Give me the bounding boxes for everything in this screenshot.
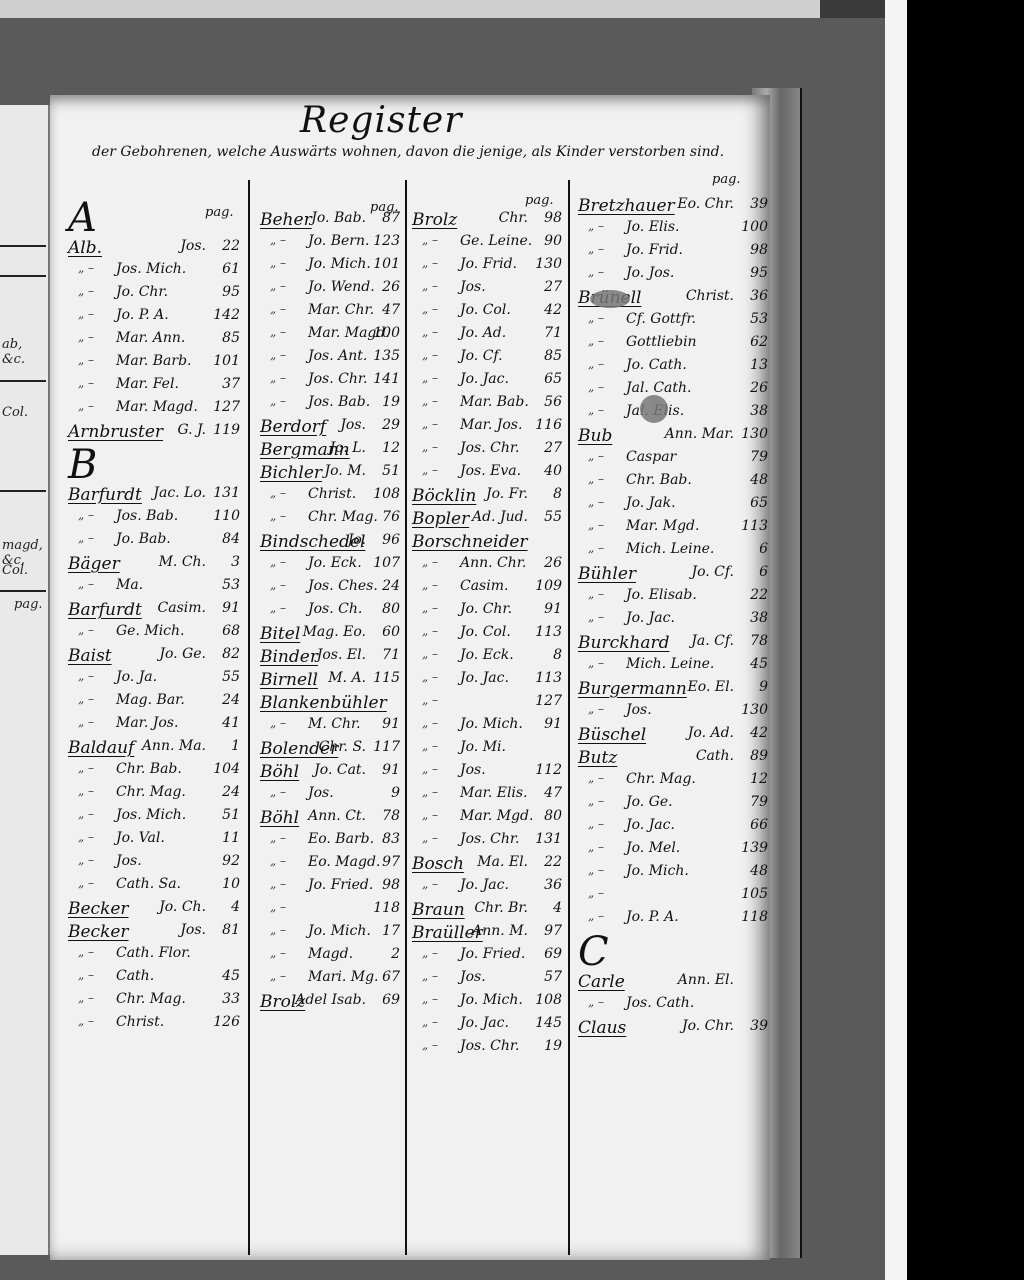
page-number: 83 [382, 831, 400, 847]
register-entry: „ –Mar. Ann.85 [68, 330, 240, 353]
scan-white-strip [885, 0, 907, 1280]
ditto-mark-icon: „ – [422, 992, 438, 1006]
given-name: M. Chr. [308, 716, 361, 732]
register-entry-surname: BinderJos. El.71 [260, 647, 400, 670]
ditto-mark-icon: „ – [270, 601, 286, 615]
register-entry: „ –105 [578, 886, 768, 909]
page-number: 81 [222, 922, 240, 938]
register-entry-surname: BrolzChr.98 [412, 210, 562, 233]
page-number: 24 [222, 784, 240, 800]
page-number: 60 [382, 624, 400, 640]
register-entry-surname: BöhlJo. Cat.91 [260, 762, 400, 785]
page-number: 100 [373, 325, 400, 341]
surname: Büschel [578, 725, 646, 745]
given-name: Jo. P. A. [116, 307, 169, 323]
page-number: 82 [222, 646, 240, 662]
register-entry: „ –Jo. Mich.91 [412, 716, 562, 739]
ditto-mark-icon: „ – [588, 357, 604, 371]
page-number: 84 [222, 531, 240, 547]
register-entry: „ –Jo. P. A.142 [68, 307, 240, 330]
register-entry: „ –Jo. Mich.108 [412, 992, 562, 1015]
given-name: Chr. Mag. [116, 991, 186, 1007]
given-name: Jo. Cat. [314, 762, 366, 778]
given-name: Jo. Mich. [308, 256, 371, 272]
register-column-2: BeherJo. Bab.87„ –Jo. Bern.123„ –Jo. Mic… [260, 210, 400, 1015]
ditto-mark-icon: „ – [78, 669, 94, 683]
register-entry: „ –Cath.45 [68, 968, 240, 991]
given-name: Jos. Chr. [460, 440, 519, 456]
ditto-mark-icon: „ – [422, 348, 438, 362]
ditto-mark-icon: „ – [422, 624, 438, 638]
surname: Arnbruster [68, 422, 163, 442]
ditto-mark-icon: „ – [588, 265, 604, 279]
page-number: 113 [535, 624, 562, 640]
given-name: Jos. [308, 785, 334, 801]
page-number: 55 [544, 509, 562, 525]
page-number: 39 [750, 196, 768, 212]
surname: Birnell [260, 670, 318, 690]
given-name: Jo. Mel. [626, 840, 680, 856]
register-entry-surname: ButzCath.89 [578, 748, 768, 771]
ditto-mark-icon: „ – [588, 518, 604, 532]
register-entry: „ –Jo. Ge.79 [578, 794, 768, 817]
ditto-mark-icon: „ – [422, 762, 438, 776]
ditto-mark-icon: „ – [78, 623, 94, 637]
surname: Claus [578, 1018, 626, 1038]
given-name: Gottliebin [626, 334, 697, 350]
page-number: 48 [750, 863, 768, 879]
register-entry-surname: Blankenbühler [260, 693, 400, 716]
given-name: Jo. Val. [116, 830, 165, 846]
page-number: 38 [750, 403, 768, 419]
ditto-mark-icon: „ – [422, 371, 438, 385]
given-name: Jo. Jac. [626, 610, 675, 626]
given-name: Jo. P. A. [626, 909, 679, 925]
register-entry: „ –Christ.108 [260, 486, 400, 509]
page-number: 98 [544, 210, 562, 226]
given-name: Jo. Cf. [460, 348, 503, 364]
given-name: Jos. Bab. [308, 394, 370, 410]
ditto-mark-icon: „ – [270, 923, 286, 937]
page-number: 101 [373, 256, 400, 272]
page-number: 130 [535, 256, 562, 272]
ditto-mark-icon: „ – [78, 376, 94, 390]
given-name: Jos. Eva. [460, 463, 521, 479]
given-name: Jo. Cath. [626, 357, 687, 373]
page-number: 40 [544, 463, 562, 479]
page-number: 47 [382, 302, 400, 318]
page-number: 91 [222, 600, 240, 616]
given-name: Jo. Eck. [460, 647, 514, 663]
register-entry: „ –Mag. Bar.24 [68, 692, 240, 715]
page-number: 8 [553, 486, 562, 502]
ditto-mark-icon: „ – [78, 284, 94, 298]
given-name: Ja. Cf. [691, 633, 734, 649]
ditto-mark-icon: „ – [270, 371, 286, 385]
page-column-label: pag. [525, 193, 554, 208]
given-name: Chr. S. [319, 739, 366, 755]
register-entry-surname: BraüllerAnn. M.97 [412, 923, 562, 946]
register-entry: „ –Jos.57 [412, 969, 562, 992]
page-number: 71 [544, 325, 562, 341]
given-name: Jos. Ches. [308, 578, 378, 594]
page-number: 24 [382, 578, 400, 594]
register-entry-surname: BerdorfJos.29 [260, 417, 400, 440]
given-name: Jos. [180, 238, 206, 254]
ditto-mark-icon: „ – [270, 348, 286, 362]
page-number: 79 [750, 449, 768, 465]
given-name: Ma. [116, 577, 143, 593]
ditto-mark-icon: „ – [78, 876, 94, 890]
register-entry: „ –Jo. Chr.95 [68, 284, 240, 307]
register-entry: „ –Jo. Jac.145 [412, 1015, 562, 1038]
given-name: Jo. Frid. [626, 242, 683, 258]
ditto-mark-icon: „ – [588, 334, 604, 348]
given-name: Mar. Jos. [116, 715, 178, 731]
given-name: Jo. Ad. [688, 725, 734, 741]
ditto-mark-icon: „ – [422, 946, 438, 960]
register-entry-surname: BoplerAd. Jud.55 [412, 509, 562, 532]
given-name: Jos. [180, 922, 206, 938]
page-number: 116 [535, 417, 562, 433]
page-heading: der Gebohrenen, welche Auswärts wohnen, … [92, 142, 762, 162]
page-number: 9 [759, 679, 768, 695]
ditto-mark-icon: „ – [422, 463, 438, 477]
ditto-mark-icon: „ – [422, 233, 438, 247]
page-number: 108 [373, 486, 400, 502]
given-name: Jo. Jak. [626, 495, 676, 511]
given-name: Chr. Br. [474, 900, 528, 916]
register-entry: „ –Jo. Cath.13 [578, 357, 768, 380]
ditto-mark-icon: „ – [270, 325, 286, 339]
register-entry-surname: BergmannJo. L.12 [260, 440, 400, 463]
register-entry: „ –Jos. Chr.131 [412, 831, 562, 854]
surname: Braun [412, 900, 465, 920]
ditto-mark-icon: „ – [588, 771, 604, 785]
given-name: Jo. Ja. [116, 669, 157, 685]
register-entry-surname: BeckerJo. Ch.4 [68, 899, 240, 922]
page-number: 45 [222, 968, 240, 984]
given-name: Jos. Ch. [308, 601, 362, 617]
page-number: 4 [553, 900, 562, 916]
surname: Bopler [412, 509, 469, 529]
register-entry: „ –Jo. Elis.100 [578, 219, 768, 242]
page-number: 130 [741, 702, 768, 718]
page-number: 6 [759, 541, 768, 557]
given-name: Jos. Mich. [116, 807, 186, 823]
given-name: Jo. Bab. [311, 210, 366, 226]
given-name: Magd. [308, 946, 353, 962]
ink-blot [590, 290, 630, 308]
ditto-mark-icon: „ – [270, 394, 286, 408]
page-number: 22 [750, 587, 768, 603]
given-name: Christ. [308, 486, 356, 502]
register-entry: „ –Cath. Flor. [68, 945, 240, 968]
register-entry: „ –Jo. Jac.36 [412, 877, 562, 900]
ditto-mark-icon: „ – [78, 577, 94, 591]
ditto-mark-icon: „ – [422, 785, 438, 799]
surname: Alb. [68, 238, 102, 258]
ditto-mark-icon: „ – [588, 863, 604, 877]
register-entry-surname: Alb.Jos.22 [68, 238, 240, 261]
page-number: 9 [391, 785, 400, 801]
register-entry-surname: BaistJo. Ge.82 [68, 646, 240, 669]
register-entry: „ –Jo. Ad.71 [412, 325, 562, 348]
divider [0, 380, 46, 382]
page-number: 66 [750, 817, 768, 833]
given-name: Eo. Chr. [677, 196, 734, 212]
page-number: 2 [391, 946, 400, 962]
register-entry-surname: BeherJo. Bab.87 [260, 210, 400, 233]
register-entry: „ –Jo. Cf.85 [412, 348, 562, 371]
given-name: Jos. [460, 279, 486, 295]
register-entry: „ –Jo. Mich.101 [260, 256, 400, 279]
register-entry-surname: BitelMag. Eo.60 [260, 624, 400, 647]
given-name: Mar. Bab. [460, 394, 529, 410]
given-name: Mich. Leine. [626, 656, 714, 672]
surname: Brolz [412, 210, 457, 230]
page-number: 96 [382, 532, 400, 548]
page-number: 95 [750, 265, 768, 281]
page-number: 130 [741, 426, 768, 442]
register-entry: „ –Jo. Jac.66 [578, 817, 768, 840]
surname: Baist [68, 646, 112, 666]
register-entry: „ –Cf. Gottfr.53 [578, 311, 768, 334]
ditto-mark-icon: „ – [588, 794, 604, 808]
register-entry: „ –Mar. Jos.41 [68, 715, 240, 738]
ditto-mark-icon: „ – [270, 233, 286, 247]
page-number: 22 [544, 854, 562, 870]
ditto-mark-icon: „ – [270, 256, 286, 270]
register-entry: „ –Mar. Magd.127 [68, 399, 240, 422]
page-number: 105 [741, 886, 768, 902]
given-name: Mar. Elis. [460, 785, 528, 801]
page-number: 79 [750, 794, 768, 810]
page-number: 113 [535, 670, 562, 686]
register-entry: „ –Jos. Ches.24 [260, 578, 400, 601]
page-number: 26 [382, 279, 400, 295]
given-name: Jac. Lo. [153, 485, 206, 501]
page-number: 47 [544, 785, 562, 801]
page-number: 53 [222, 577, 240, 593]
ditto-mark-icon: „ – [588, 449, 604, 463]
given-name: Jo. Fr. [486, 486, 528, 502]
ditto-mark-icon: „ – [78, 807, 94, 821]
register-entry: „ –Jos. Ant.135 [260, 348, 400, 371]
page-number: 65 [544, 371, 562, 387]
ditto-mark-icon: „ – [78, 945, 94, 959]
page-number: 126 [213, 1014, 240, 1030]
register-entry-surname: ClausJo. Chr.39 [578, 1018, 768, 1041]
given-name: Eo. Barb. [308, 831, 374, 847]
fragment-text: Col. [2, 405, 28, 420]
given-name: Mar. Fel. [116, 376, 179, 392]
register-entry-surname: BarfurdtCasim.91 [68, 600, 240, 623]
ditto-mark-icon: „ – [588, 886, 604, 900]
register-entry: „ –Jo. Jac.113 [412, 670, 562, 693]
ditto-mark-icon: „ – [588, 311, 604, 325]
column-divider [405, 180, 407, 1255]
ditto-mark-icon: „ – [78, 692, 94, 706]
register-entry: „ –Jo. Mi. [412, 739, 562, 762]
register-entry-surname: BirnellM. A.115 [260, 670, 400, 693]
page-number: 91 [382, 716, 400, 732]
page-number: 97 [544, 923, 562, 939]
ditto-mark-icon: „ – [270, 716, 286, 730]
scan-top-border [0, 0, 820, 18]
page-number: 107 [373, 555, 400, 571]
page-number: 80 [544, 808, 562, 824]
register-entry: „ –Ann. Chr.26 [412, 555, 562, 578]
ditto-mark-icon: „ – [588, 909, 604, 923]
page-number: 39 [750, 1018, 768, 1034]
ditto-mark-icon: „ – [588, 242, 604, 256]
register-entry: „ –Jo. Frid.98 [578, 242, 768, 265]
page-number: 108 [535, 992, 562, 1008]
ditto-mark-icon: „ – [78, 261, 94, 275]
section-letter: A [68, 198, 240, 238]
ditto-mark-icon: „ – [422, 417, 438, 431]
page-number: 131 [213, 485, 240, 501]
register-entry-surname: BöhlAnn. Ct.78 [260, 808, 400, 831]
given-name: Chr. Mag. [308, 509, 378, 525]
page-number: 90 [544, 233, 562, 249]
page-number: 48 [750, 472, 768, 488]
register-entry: „ –Jal. Elis.38 [578, 403, 768, 426]
surname: Böhl [260, 808, 299, 828]
given-name: Cath. [696, 748, 734, 764]
given-name: Cath. Flor. [116, 945, 191, 961]
page-number: 1 [231, 738, 240, 754]
register-entry: „ –118 [260, 900, 400, 923]
register-entry: „ –Jo. Fried.98 [260, 877, 400, 900]
ditto-mark-icon: „ – [422, 1038, 438, 1052]
page-number: 69 [382, 992, 400, 1008]
ditto-mark-icon: „ – [422, 302, 438, 316]
ditto-mark-icon: „ – [588, 587, 604, 601]
section-letter: B [68, 445, 240, 485]
page-number: 131 [535, 831, 562, 847]
given-name: Jo. Elis. [626, 219, 680, 235]
given-name: Mag. Bar. [116, 692, 185, 708]
ditto-mark-icon: „ – [270, 578, 286, 592]
register-entry: „ –Jo. Bab.84 [68, 531, 240, 554]
page-number: 87 [382, 210, 400, 226]
given-name: Jo. Jac. [460, 670, 509, 686]
given-name: Jo. L. [330, 440, 366, 456]
ditto-mark-icon: „ – [78, 508, 94, 522]
register-entry: „ –Jo. Jac.38 [578, 610, 768, 633]
ditto-mark-icon: „ – [588, 610, 604, 624]
section-letter: C [578, 932, 768, 972]
register-entry-surname: BaldaufAnn. Ma.1 [68, 738, 240, 761]
register-entry: „ –Jo. Eck.107 [260, 555, 400, 578]
ditto-mark-icon: „ – [588, 995, 604, 1009]
page-number: 119 [213, 422, 240, 438]
given-name: Jo. Mich. [308, 923, 371, 939]
register-entry: „ –Jo. Col.42 [412, 302, 562, 325]
register-entry: „ –Mar. Barb.101 [68, 353, 240, 376]
ditto-mark-icon: „ – [422, 601, 438, 615]
page-number: 41 [222, 715, 240, 731]
given-name: Mar. Mgd. [460, 808, 533, 824]
given-name: M. Ch. [159, 554, 206, 570]
page-number: 68 [222, 623, 240, 639]
register-entry: „ –Jos.130 [578, 702, 768, 725]
register-entry-surname: BeckerJos.81 [68, 922, 240, 945]
page-number: 101 [213, 353, 240, 369]
given-name: Jos. [626, 702, 652, 718]
register-column-3: BrolzChr.98„ –Ge. Leine.90„ –Jo. Frid.13… [412, 210, 562, 1061]
register-entry: „ –Mar. Jos.116 [412, 417, 562, 440]
given-name: Jo. Jac. [626, 817, 675, 833]
ditto-mark-icon: „ – [422, 394, 438, 408]
page-number: 123 [373, 233, 400, 249]
page-number: 53 [750, 311, 768, 327]
ditto-mark-icon: „ – [588, 380, 604, 394]
page-number: 145 [535, 1015, 562, 1031]
register-entry: „ –Chr. Mag.24 [68, 784, 240, 807]
ditto-mark-icon: „ – [270, 279, 286, 293]
given-name: Mich. Leine. [626, 541, 714, 557]
ditto-mark-icon: „ – [78, 531, 94, 545]
given-name: Jo. Jac. [460, 877, 509, 893]
register-entry: „ –Jos. Chr.19 [412, 1038, 562, 1061]
page-number: 141 [373, 371, 400, 387]
ditto-mark-icon: „ – [78, 307, 94, 321]
page-number: 117 [373, 739, 400, 755]
page-number: 85 [544, 348, 562, 364]
given-name: Jo. Ch. [159, 899, 206, 915]
divider [0, 490, 46, 492]
ditto-mark-icon: „ – [422, 279, 438, 293]
register-entry: „ –Ge. Leine.90 [412, 233, 562, 256]
register-entry: „ –Cath. Sa.10 [68, 876, 240, 899]
ditto-mark-icon: „ – [588, 541, 604, 555]
fragment-text: ab, &c. [2, 337, 48, 367]
register-entry: „ –Jos.9 [260, 785, 400, 808]
page-number: 4 [231, 899, 240, 915]
given-name: Jos. Ant. [308, 348, 367, 364]
register-entry: „ –Ge. Mich.68 [68, 623, 240, 646]
register-entry: „ –Jos. Mich.51 [68, 807, 240, 830]
register-entry: „ –Jos.112 [412, 762, 562, 785]
given-name: Jo. Bab. [116, 531, 171, 547]
register-entry-surname: BretzhauerEo. Chr.39 [578, 196, 768, 219]
page-number: 113 [741, 518, 768, 534]
register-entry-surname: BubAnn. Mar.130 [578, 426, 768, 449]
surname: Baldauf [68, 738, 134, 758]
ditto-mark-icon: „ – [78, 991, 94, 1005]
given-name: Jo. M. [325, 463, 366, 479]
register-entry: „ –Jo. Chr.91 [412, 601, 562, 624]
surname: Böcklin [412, 486, 476, 506]
register-entry: „ –Caspar79 [578, 449, 768, 472]
register-entry: „ –Jo. Fried.69 [412, 946, 562, 969]
page-number: 135 [373, 348, 400, 364]
register-entry: „ –Eo. Barb.83 [260, 831, 400, 854]
page-number: 118 [741, 909, 768, 925]
register-entry: „ –Jo. Bern.123 [260, 233, 400, 256]
ditto-mark-icon: „ – [270, 555, 286, 569]
page-number: 42 [544, 302, 562, 318]
given-name: Jos. Chr. [460, 831, 519, 847]
ditto-mark-icon: „ – [78, 853, 94, 867]
fragment-text: Col. [2, 563, 28, 578]
register-entry: „ –Mar. Mgd.80 [412, 808, 562, 831]
given-name: Adel Isab. [295, 992, 366, 1008]
register-entry: „ –Chr. Bab.104 [68, 761, 240, 784]
